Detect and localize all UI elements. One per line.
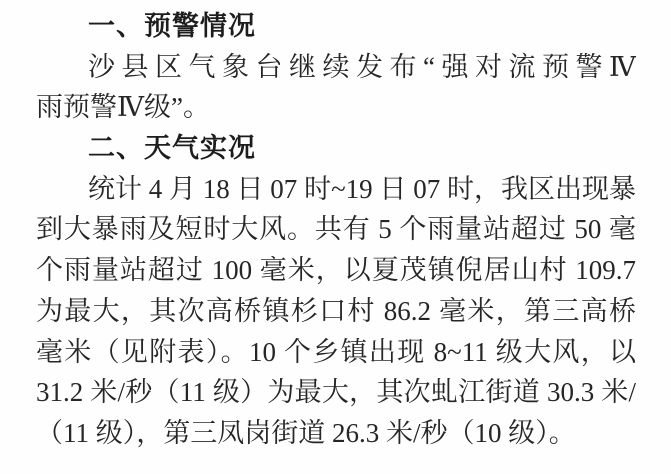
text-line: 毫米（见附表）。10 个乡镇出现 8~11 级大风，以本站: [36, 332, 636, 373]
text-line: 31.2 米/秒（11 级）为最大，其次虬江街道 30.3 米/秒: [36, 372, 636, 413]
text-line: 为最大，其次高桥镇杉口村 86.2 毫米，第三高桥镇 67.9: [36, 291, 636, 332]
text-line: 统计 4 月 18 日 07 时~19 日 07 时，我区出现暴雨: [36, 169, 636, 210]
section-1-paragraph: 沙县区气象台继续发布“强对流预警Ⅳ级”和“暴 雨预警Ⅳ级”。: [36, 47, 636, 128]
document-page: 一、预警情况 沙县区气象台继续发布“强对流预警Ⅳ级”和“暴 雨预警Ⅳ级”。 二、…: [0, 0, 671, 474]
section-1-heading: 一、预警情况: [36, 6, 636, 47]
text-line: 沙县区气象台继续发布“强对流预警Ⅳ级”和“暴: [36, 47, 636, 88]
section-2-heading: 二、天气实况: [36, 128, 636, 169]
text-line: 个雨量站超过 100 毫米，以夏茂镇倪居山村 109.7 毫米: [36, 250, 636, 291]
text-line: （11 级），第三凤岗街道 26.3 米/秒（10 级）。: [36, 413, 636, 454]
text-line: 雨预警Ⅳ级”。: [36, 87, 636, 128]
text-line: 到大暴雨及短时大风。共有 5 个雨量站超过 50 毫米，1: [36, 209, 636, 250]
section-2-paragraph: 统计 4 月 18 日 07 时~19 日 07 时，我区出现暴雨 到大暴雨及短…: [36, 169, 636, 454]
